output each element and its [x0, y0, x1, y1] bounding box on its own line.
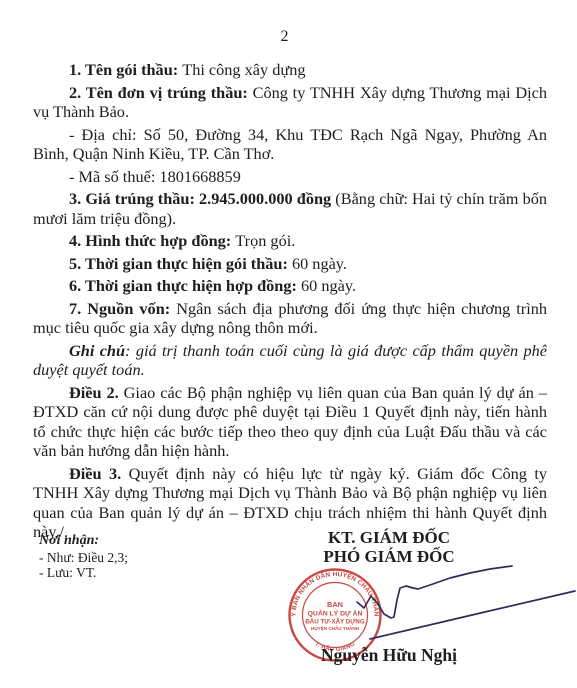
paragraph-label: 1. Tên gói thầu:: [69, 60, 182, 79]
recipients-line: - Lưu: VT.: [39, 565, 128, 581]
paragraph-text: 60 ngày.: [292, 254, 347, 273]
paragraph-label: 6. Thời gian thực hiện hợp đồng:: [69, 276, 301, 295]
paragraph-thoi-gian-hop-dong: 6. Thời gian thực hiện hợp đồng: 60 ngày…: [33, 276, 547, 296]
paragraph-text: - Mã số thuế: 1801668859: [69, 167, 241, 186]
signature-strokes-icon: [340, 555, 577, 655]
paragraph-hinh-thuc-hop-dong: 4. Hình thức hợp đồng: Trọn gói.: [33, 231, 547, 251]
document-body: 1. Tên gói thầu: Thi công xây dựng 2. Tê…: [33, 60, 547, 545]
document-page: 2 1. Tên gói thầu: Thi công xây dựng 2. …: [0, 0, 577, 688]
recipients-block: Nơi nhận: - Như: Điều 2,3; - Lưu: VT.: [39, 533, 128, 581]
paragraph-label: Điều 2.: [69, 383, 124, 402]
paragraph-dieu-2: Điều 2. Giao các Bộ phận nghiệp vụ liên …: [33, 383, 547, 461]
signer-name: Nguyễn Hữu Nghị: [298, 645, 480, 666]
paragraph-thoi-gian-goi-thau: 5. Thời gian thực hiện gói thầu: 60 ngày…: [33, 254, 547, 274]
paragraph-don-vi-trung-thau: 2. Tên đơn vị trúng thầu: Công ty TNHH X…: [33, 83, 547, 122]
paragraph-text: Thi công xây dựng: [182, 60, 305, 79]
paragraph-ghi-chu: Ghi chú: giá trị thanh toán cuối cùng là…: [33, 341, 547, 380]
paragraph-ten-goi-thau: 1. Tên gói thầu: Thi công xây dựng: [33, 60, 547, 80]
signer-position-line1: KT. GIÁM ĐỐC: [298, 529, 480, 548]
paragraph-label: 4. Hình thức hợp đồng:: [69, 231, 235, 250]
paragraph-text: Trọn gói.: [235, 231, 295, 250]
paragraph-label: 3. Giá trúng thầu: 2.945.000.000 đồng: [69, 189, 335, 208]
paragraph-label: 7. Nguồn vốn:: [69, 299, 176, 318]
paragraph-gia-trung-thau: 3. Giá trúng thầu: 2.945.000.000 đồng (B…: [33, 189, 547, 228]
paragraph-label: 5. Thời gian thực hiện gói thầu:: [69, 254, 292, 273]
paragraph-text: 60 ngày.: [301, 276, 356, 295]
handwritten-signature: [340, 555, 577, 655]
paragraph-label: 2. Tên đơn vị trúng thầu:: [69, 83, 253, 102]
paragraph-nguon-von: 7. Nguồn vốn: Ngân sách địa phương đối ứ…: [33, 299, 547, 338]
page-number: 2: [0, 28, 569, 46]
paragraph-label: Điều 3.: [69, 464, 129, 483]
recipients-title: Nơi nhận:: [39, 533, 128, 549]
paragraph-text: - Địa chỉ: Số 50, Đường 34, Khu TĐC Rạch…: [33, 125, 547, 164]
paragraph-ma-so-thue: - Mã số thuế: 1801668859: [33, 167, 547, 187]
paragraph-label: Ghi chú: [69, 341, 125, 360]
paragraph-dia-chi: - Địa chỉ: Số 50, Đường 34, Khu TĐC Rạch…: [33, 125, 547, 164]
recipients-line: - Như: Điều 2,3;: [39, 550, 128, 566]
